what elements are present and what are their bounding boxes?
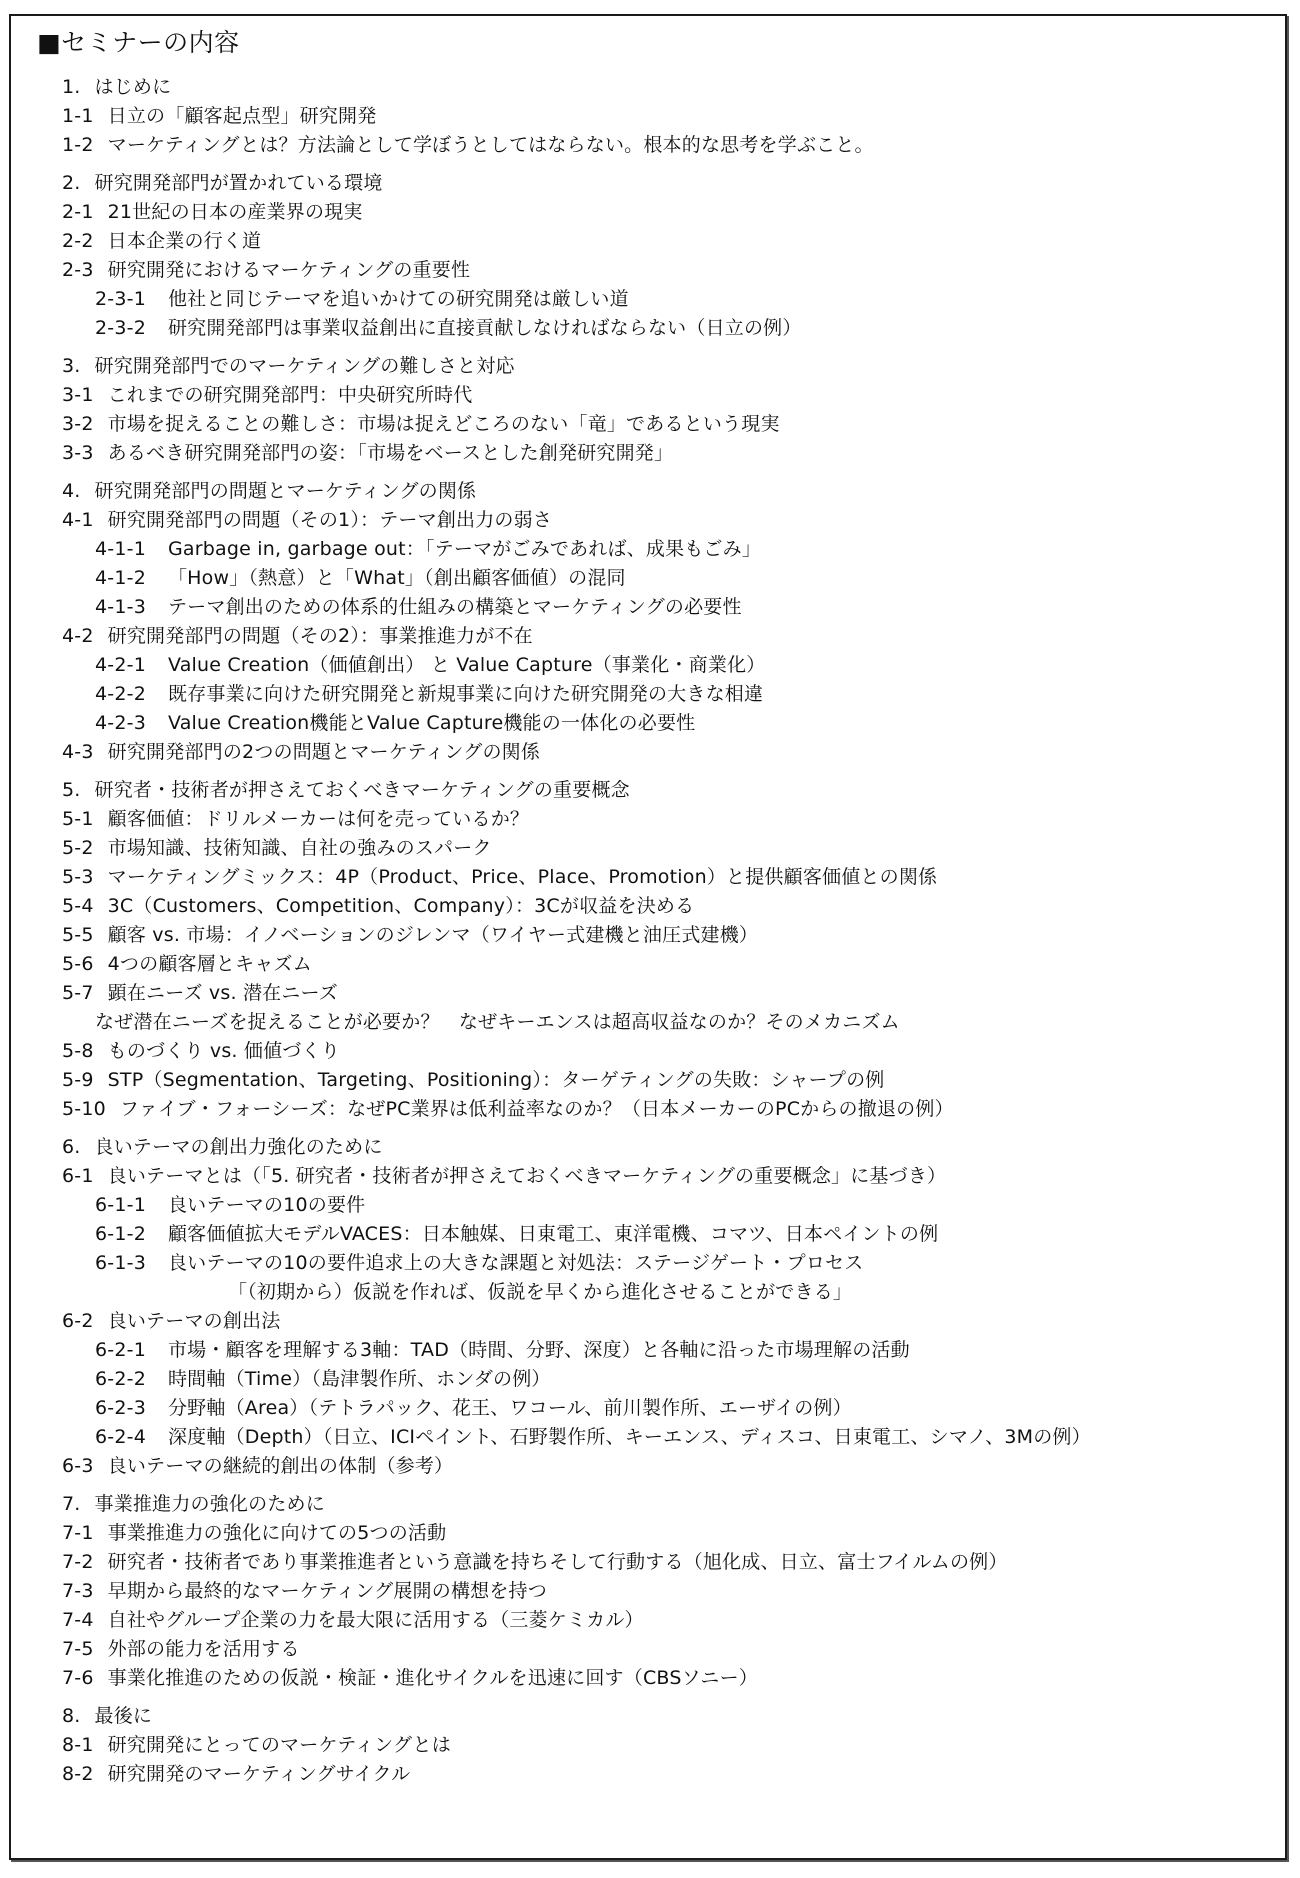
item-number: 6-3 (62, 1452, 94, 1481)
outline-item: 5-8ものづくり vs. 価値づくり (62, 1037, 1265, 1066)
outline-section: 1.はじめに1-1日立の「顧客起点型」研究開発1-2マーケティングとは？方法論と… (62, 73, 1265, 160)
item-text: 良いテーマの創出法 (108, 1310, 281, 1332)
item-text: 分野軸（Area）（テトラパック、花王、ワコール、前川製作所、エーザイの例） (168, 1397, 852, 1419)
item-number: 7-3 (62, 1577, 94, 1606)
item-number: 8-1 (62, 1731, 94, 1760)
item-number: 4-1-3 (95, 593, 146, 622)
item-number: 5. (62, 776, 81, 805)
item-number: 5-3 (62, 863, 94, 892)
outline-item: 5-7顕在ニーズ vs. 潜在ニーズ (62, 979, 1265, 1008)
item-text: 顧客価値：ドリルメーカーは何を売っているか？ (108, 808, 529, 830)
item-number: 6-2 (62, 1307, 94, 1336)
item-text: 事業推進力の強化に向けての5つの活動 (108, 1522, 447, 1544)
outline-item: 6-1-3良いテーマの10の要件追求上の大きな課題と対処法：ステージゲート・プロ… (62, 1249, 1265, 1278)
outline-item: 7-2研究者・技術者であり事業推進者という意識を持ちそして行動する（旭化成、日立… (62, 1548, 1265, 1577)
item-text: 日立の「顧客起点型」研究開発 (108, 105, 377, 127)
item-text: 最後に (95, 1705, 153, 1727)
outline-item: 4-1-2「How」（熱意）と「What」（創出顧客価値）の混同 (62, 564, 1265, 593)
item-text: 良いテーマの創出力強化のために (95, 1136, 383, 1158)
section-heading: 6.良いテーマの創出力強化のために (62, 1133, 1265, 1162)
item-number: 5-7 (62, 979, 94, 1008)
outline-item: 4-1-3テーマ創出のための体系的仕組みの構築とマーケティングの必要性 (62, 593, 1265, 622)
item-text: 市場・顧客を理解する3軸：TAD（時間、分野、深度）と各軸に沿った市場理解の活動 (168, 1339, 910, 1361)
section-heading: 5.研究者・技術者が押さえておくべきマーケティングの重要概念 (62, 776, 1265, 805)
item-number: 3-2 (62, 410, 94, 439)
outline-item: 4-1-1Garbage in, garbage out：「テーマがごみであれば… (62, 535, 1265, 564)
item-number: 5-8 (62, 1037, 94, 1066)
outline-item: 4-2-2既存事業に向けた研究開発と新規事業に向けた研究開発の大きな相違 (62, 680, 1265, 709)
outline-section: 3.研究開発部門でのマーケティングの難しさと対応3-1これまでの研究開発部門：中… (62, 352, 1265, 468)
item-number: 2. (62, 169, 81, 198)
item-text: ものづくり vs. 価値づくり (108, 1040, 340, 1062)
outline-item: 7-6事業化推進のための仮説・検証・進化サイクルを迅速に回す（CBSソニー） (62, 1664, 1265, 1693)
item-text: 顧客 vs. 市場：イノベーションのジレンマ（ワイヤー式建機と油圧式建機） (108, 924, 758, 946)
outline-item: 6-2-1市場・顧客を理解する3軸：TAD（時間、分野、深度）と各軸に沿った市場… (62, 1336, 1265, 1365)
section-heading: 4.研究開発部門の問題とマーケティングの関係 (62, 477, 1265, 506)
outline-item: 5-43C（Customers、Competition、Company）：3Cが… (62, 892, 1265, 921)
outline-item: 6-2-4深度軸（Depth）（日立、ICIペイント、石野製作所、キーエンス、デ… (62, 1423, 1265, 1452)
item-number: 2-3-1 (95, 285, 146, 314)
outline-item: 5-1顧客価値：ドリルメーカーは何を売っているか？ (62, 805, 1265, 834)
item-number: 6. (62, 1133, 81, 1162)
item-number: 4-3 (62, 738, 94, 767)
item-text: 研究者・技術者が押さえておくべきマーケティングの重要概念 (95, 779, 630, 801)
outline-item: 3-2市場を捉えることの難しさ：市場は捉えどころのない「竜」であるという現実 (62, 410, 1265, 439)
item-text: 21世紀の日本の産業界の現実 (108, 201, 363, 223)
item-text: STP（Segmentation、Targeting、Positioning）：… (108, 1069, 885, 1091)
item-text: 4つの顧客層とキャズム (108, 953, 312, 975)
outline-item: 8-2研究開発のマーケティングサイクル (62, 1760, 1265, 1789)
item-text: Value Creation（価値創出） と Value Capture（事業化… (168, 654, 765, 676)
item-text: 研究開発部門は事業収益創出に直接貢献しなければならない（日立の例） (168, 317, 802, 339)
outline-item: 8-1研究開発にとってのマーケティングとは (62, 1731, 1265, 1760)
item-text: 時間軸（Time）（島津製作所、ホンダの例） (168, 1368, 551, 1390)
item-text: テーマ創出のための体系的仕組みの構築とマーケティングの必要性 (168, 596, 742, 618)
item-number: 2-3-2 (95, 314, 146, 343)
item-number: 3-3 (62, 439, 94, 468)
item-number: 2-2 (62, 227, 94, 256)
item-number: 8. (62, 1702, 81, 1731)
item-number: 5-5 (62, 921, 94, 950)
item-text: 良いテーマとは（「5. 研究者・技術者が押さえておくべきマーケティングの重要概念… (108, 1165, 947, 1187)
outline-item: 2-2日本企業の行く道 (62, 227, 1265, 256)
item-number: 4-1 (62, 506, 94, 535)
item-number: 5-2 (62, 834, 94, 863)
page-title: ■セミナーの内容 (37, 26, 240, 60)
outline-item: 6-3良いテーマの継続的創出の体制（参考） (62, 1452, 1265, 1481)
item-text: 研究開発部門でのマーケティングの難しさと対応 (95, 355, 515, 377)
item-number: 7-6 (62, 1664, 94, 1693)
item-text: 研究者・技術者であり事業推進者という意識を持ちそして行動する（旭化成、日立、富士… (108, 1551, 1008, 1573)
outline-item-continuation: 「（初期から）仮説を作れば、仮説を早くから進化させることができる」 (62, 1278, 1265, 1307)
item-number: 3-1 (62, 381, 94, 410)
outline-item: 6-1-2顧客価値拡大モデルVACES：日本触媒、日東電工、東洋電機、コマツ、日… (62, 1220, 1265, 1249)
item-text: 早期から最終的なマーケティング展開の構想を持つ (108, 1580, 547, 1602)
outline-item: 6-1良いテーマとは（「5. 研究者・技術者が押さえておくべきマーケティングの重… (62, 1162, 1265, 1191)
section-heading: 7.事業推進力の強化のために (62, 1490, 1265, 1519)
item-text: あるべき研究開発部門の姿：「市場をベースとした創発研究開発」 (108, 442, 674, 464)
outline-item: 5-2市場知識、技術知識、自社の強みのスパーク (62, 834, 1265, 863)
outline-item: 6-2良いテーマの創出法 (62, 1307, 1265, 1336)
item-number: 6-1-2 (95, 1220, 146, 1249)
seminar-outline: 1.はじめに1-1日立の「顧客起点型」研究開発1-2マーケティングとは？方法論と… (62, 73, 1265, 1798)
item-number: 2-1 (62, 198, 94, 227)
item-text: 「How」（熱意）と「What」（創出顧客価値）の混同 (168, 567, 626, 589)
item-number: 6-2-1 (95, 1336, 146, 1365)
item-number: 1. (62, 73, 81, 102)
outline-item-continuation: なぜ潜在ニーズを捉えることが必要か？ なぜキーエンスは超高収益なのか？そのメカニ… (62, 1008, 1265, 1037)
outline-item: 7-3早期から最終的なマーケティング展開の構想を持つ (62, 1577, 1265, 1606)
item-number: 4-2 (62, 622, 94, 651)
item-number: 4-1-2 (95, 564, 146, 593)
item-number: 4. (62, 477, 81, 506)
section-heading: 1.はじめに (62, 73, 1265, 102)
outline-item: 4-3研究開発部門の2つの問題とマーケティングの関係 (62, 738, 1265, 767)
outline-item: 1-1日立の「顧客起点型」研究開発 (62, 102, 1265, 131)
outline-item: 3-3あるべき研究開発部門の姿：「市場をベースとした創発研究開発」 (62, 439, 1265, 468)
outline-item: 2-3-2研究開発部門は事業収益創出に直接貢献しなければならない（日立の例） (62, 314, 1265, 343)
item-number: 5-4 (62, 892, 94, 921)
item-text: Garbage in, garbage out：「テーマがごみであれば、成果もご… (168, 538, 761, 560)
item-number: 6-1 (62, 1162, 94, 1191)
item-text: 日本企業の行く道 (108, 230, 262, 252)
item-text: これまでの研究開発部門：中央研究所時代 (108, 384, 473, 406)
item-text: 市場を捉えることの難しさ：市場は捉えどころのない「竜」であるという現実 (108, 413, 780, 435)
item-number: 7-1 (62, 1519, 94, 1548)
outline-item: 7-5外部の能力を活用する (62, 1635, 1265, 1664)
outline-item: 6-2-3分野軸（Area）（テトラパック、花王、ワコール、前川製作所、エーザイ… (62, 1394, 1265, 1423)
outline-item: 5-10ファイブ・フォーシーズ：なぜPC業界は低利益率なのか？（日本メーカーのP… (62, 1095, 1265, 1124)
outline-item: 5-3マーケティングミックス：4P（Product、Price、Place、Pr… (62, 863, 1265, 892)
section-heading: 8.最後に (62, 1702, 1265, 1731)
item-text: 研究開発部門の問題（その2）：事業推進力が不在 (108, 625, 533, 647)
section-heading: 3.研究開発部門でのマーケティングの難しさと対応 (62, 352, 1265, 381)
item-number: 1-1 (62, 102, 94, 131)
item-text: 良いテーマの10の要件追求上の大きな課題と対処法：ステージゲート・プロセス (168, 1252, 863, 1274)
section-heading: 2.研究開発部門が置かれている環境 (62, 169, 1265, 198)
item-text: 「（初期から）仮説を作れば、仮説を早くから進化させることができる」 (228, 1281, 852, 1303)
outline-item: 7-4自社やグループ企業の力を最大限に活用する（三菱ケミカル） (62, 1606, 1265, 1635)
outline-section: 7.事業推進力の強化のために7-1事業推進力の強化に向けての5つの活動7-2研究… (62, 1490, 1265, 1693)
item-number: 7-2 (62, 1548, 94, 1577)
item-number: 6-2-2 (95, 1365, 146, 1394)
item-number: 6-2-3 (95, 1394, 146, 1423)
outline-item: 4-2-3Value Creation機能とValue Capture機能の一体… (62, 709, 1265, 738)
outline-item: 5-9STP（Segmentation、Targeting、Positionin… (62, 1066, 1265, 1095)
item-text: 研究開発におけるマーケティングの重要性 (108, 259, 471, 281)
outline-item: 1-2マーケティングとは？方法論として学ぼうとしてはならない。根本的な思考を学ぶ… (62, 131, 1265, 160)
item-number: 7-5 (62, 1635, 94, 1664)
item-number: 6-2-4 (95, 1423, 146, 1452)
outline-item: 4-2-1Value Creation（価値創出） と Value Captur… (62, 651, 1265, 680)
item-number: 5-6 (62, 950, 94, 979)
item-text: 外部の能力を活用する (108, 1638, 300, 1660)
item-number: 1-2 (62, 131, 94, 160)
item-text: 事業化推進のための仮説・検証・進化サイクルを迅速に回す（CBSソニー） (108, 1667, 758, 1689)
outline-item: 2-3-1他社と同じテーマを追いかけての研究開発は厳しい道 (62, 285, 1265, 314)
item-text: 研究開発にとってのマーケティングとは (108, 1734, 451, 1756)
item-number: 7. (62, 1490, 81, 1519)
item-number: 4-2-1 (95, 651, 146, 680)
item-number: 4-1-1 (95, 535, 146, 564)
seminar-content-box: ■セミナーの内容 1.はじめに1-1日立の「顧客起点型」研究開発1-2マーケティ… (9, 14, 1287, 1860)
item-text: 深度軸（Depth）（日立、ICIペイント、石野製作所、キーエンス、ディスコ、日… (168, 1426, 1091, 1448)
item-number: 6-1-3 (95, 1249, 146, 1278)
outline-section: 4.研究開発部門の問題とマーケティングの関係4-1研究開発部門の問題（その1）：… (62, 477, 1265, 767)
item-text: 研究開発部門の2つの問題とマーケティングの関係 (108, 741, 540, 763)
item-text: 良いテーマの継続的創出の体制（参考） (108, 1455, 454, 1477)
item-number: 3. (62, 352, 81, 381)
item-text: 顧客価値拡大モデルVACES：日本触媒、日東電工、東洋電機、コマツ、日本ペイント… (168, 1223, 938, 1245)
item-text: 自社やグループ企業の力を最大限に活用する（三菱ケミカル） (108, 1609, 644, 1631)
outline-section: 2.研究開発部門が置かれている環境2-121世紀の日本の産業界の現実2-2日本企… (62, 169, 1265, 343)
outline-item: 2-121世紀の日本の産業界の現実 (62, 198, 1265, 227)
item-number: 2-3 (62, 256, 94, 285)
item-text: マーケティングミックス：4P（Product、Price、Place、Promo… (108, 866, 938, 888)
outline-item: 4-1研究開発部門の問題（その1）：テーマ創出力の弱さ (62, 506, 1265, 535)
item-number: 5-9 (62, 1066, 94, 1095)
item-text: 他社と同じテーマを追いかけての研究開発は厳しい道 (168, 288, 629, 310)
item-text: 3C（Customers、Competition、Company）：3Cが収益を… (108, 895, 695, 917)
item-text: 研究開発部門の問題（その1）：テーマ創出力の弱さ (108, 509, 552, 531)
item-number: 5-10 (62, 1095, 106, 1124)
outline-item: 3-1これまでの研究開発部門：中央研究所時代 (62, 381, 1265, 410)
item-text: ファイブ・フォーシーズ：なぜPC業界は低利益率なのか？（日本メーカーのPCからの… (120, 1098, 954, 1120)
item-text: なぜ潜在ニーズを捉えることが必要か？ なぜキーエンスは超高収益なのか？そのメカニ… (95, 1011, 900, 1033)
item-text: 既存事業に向けた研究開発と新規事業に向けた研究開発の大きな相違 (168, 683, 763, 705)
outline-section: 5.研究者・技術者が押さえておくべきマーケティングの重要概念5-1顧客価値：ドリ… (62, 776, 1265, 1124)
outline-item: 6-2-2時間軸（Time）（島津製作所、ホンダの例） (62, 1365, 1265, 1394)
item-number: 4-2-3 (95, 709, 146, 738)
item-number: 6-1-1 (95, 1191, 146, 1220)
item-number: 4-2-2 (95, 680, 146, 709)
outline-item: 6-1-1良いテーマの10の要件 (62, 1191, 1265, 1220)
item-text: 良いテーマの10の要件 (168, 1194, 365, 1216)
item-number: 5-1 (62, 805, 94, 834)
item-number: 7-4 (62, 1606, 94, 1635)
outline-section: 8.最後に8-1研究開発にとってのマーケティングとは8-2研究開発のマーケティン… (62, 1702, 1265, 1789)
outline-item: 4-2研究開発部門の問題（その2）：事業推進力が不在 (62, 622, 1265, 651)
item-text: 顕在ニーズ vs. 潜在ニーズ (108, 982, 338, 1004)
outline-section: 6.良いテーマの創出力強化のために6-1良いテーマとは（「5. 研究者・技術者が… (62, 1133, 1265, 1481)
item-text: 事業推進力の強化のために (95, 1493, 325, 1515)
item-text: 市場知識、技術知識、自社の強みのスパーク (108, 837, 492, 859)
item-text: 研究開発部門の問題とマーケティングの関係 (95, 480, 477, 502)
outline-item: 7-1事業推進力の強化に向けての5つの活動 (62, 1519, 1265, 1548)
item-text: はじめに (95, 76, 172, 98)
outline-item: 5-64つの顧客層とキャズム (62, 950, 1265, 979)
item-text: Value Creation機能とValue Capture機能の一体化の必要性 (168, 712, 695, 734)
item-text: 研究開発のマーケティングサイクル (108, 1763, 411, 1785)
item-text: マーケティングとは？方法論として学ぼうとしてはならない。根本的な思考を学ぶこと。 (108, 134, 874, 156)
outline-item: 2-3研究開発におけるマーケティングの重要性 (62, 256, 1265, 285)
item-text: 研究開発部門が置かれている環境 (95, 172, 383, 194)
item-number: 8-2 (62, 1760, 94, 1789)
outline-item: 5-5顧客 vs. 市場：イノベーションのジレンマ（ワイヤー式建機と油圧式建機） (62, 921, 1265, 950)
